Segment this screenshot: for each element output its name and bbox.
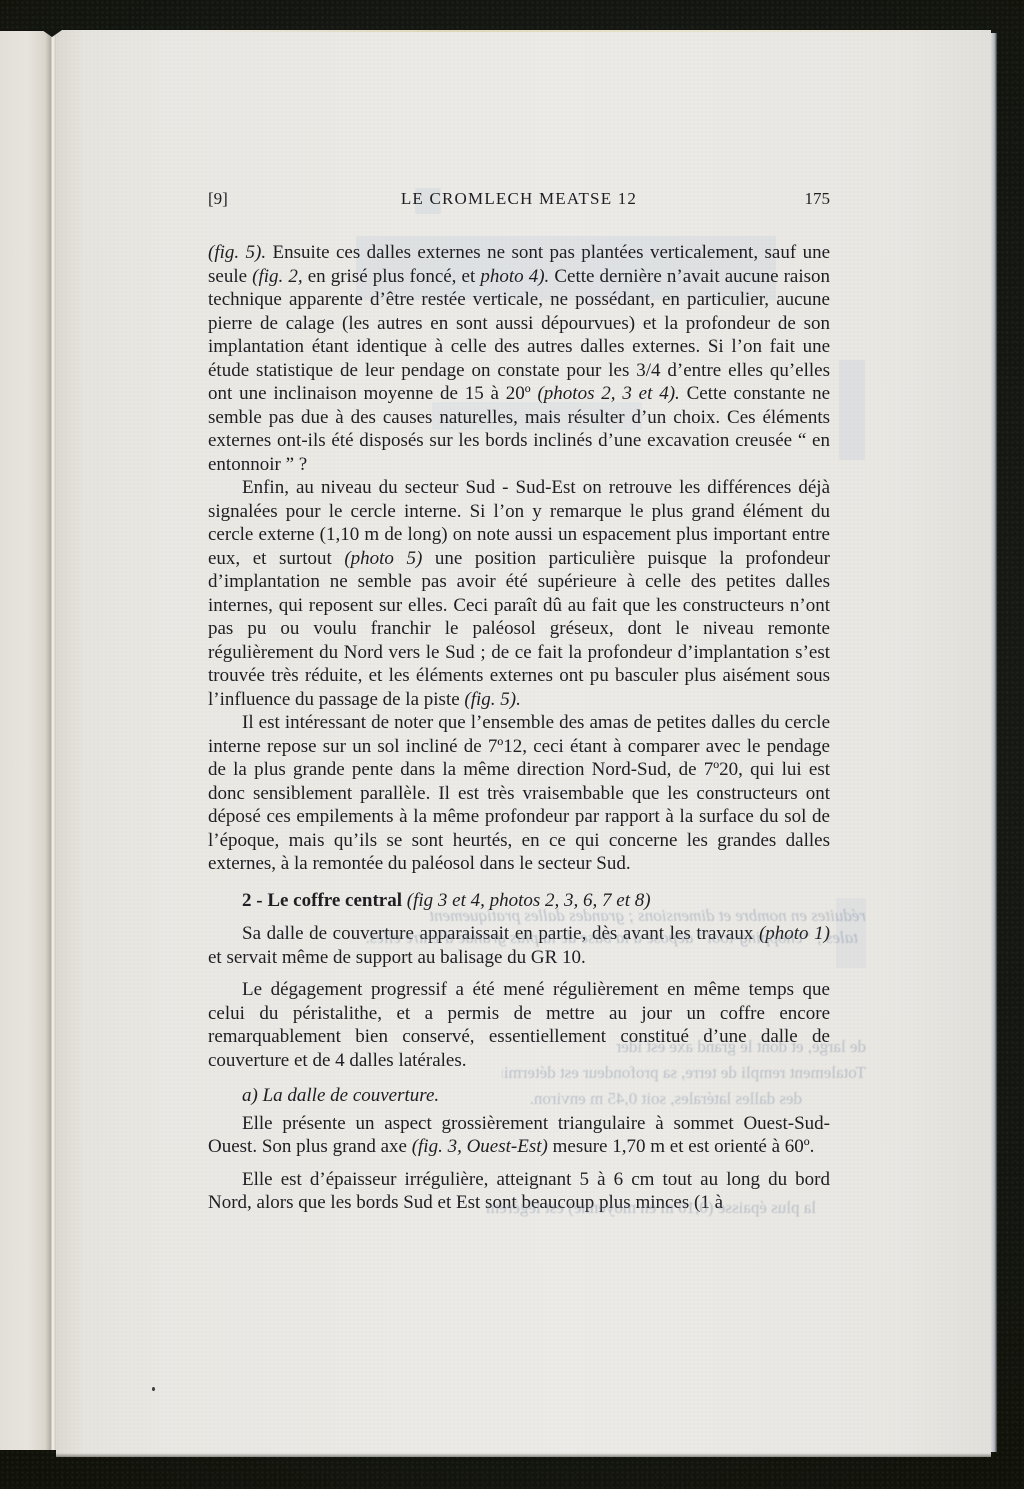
page-fore-edge [991, 33, 997, 1452]
margin-reference: [9] [208, 189, 228, 209]
section-heading: a) La dalle de couverture. [208, 1084, 830, 1108]
running-title: LE CROMLECH MEATSE 12 [208, 189, 830, 209]
text-run: en grisé plus foncé, et [303, 266, 481, 287]
body-text: (fig. 5). Ensuite ces dalles externes ne… [208, 241, 830, 1215]
text-run: Le dégagement progressif a été mené régu… [208, 979, 830, 1071]
paragraph: Il est intéressant de noter que l’ensemb… [208, 711, 830, 876]
text-run: (fig. 5). [208, 242, 266, 263]
paragraph: (fig. 5). Ensuite ces dalles externes ne… [208, 241, 830, 476]
text-run: une position particulière puisque la pro… [208, 548, 830, 710]
text-run: (photos 2, 3 et 4). [537, 383, 679, 404]
page-number: 175 [805, 189, 831, 209]
paragraph: Le dégagement progressif a été mené régu… [208, 978, 830, 1072]
text-run: photo 4). [480, 266, 549, 287]
paragraph: Enfin, au niveau du secteur Sud - Sud-Es… [208, 476, 830, 711]
paper-speck [152, 1387, 155, 1391]
text-run: et servait même de support au balisage d… [208, 947, 586, 968]
section-heading: 2 - Le coffre central (fig 3 et 4, photo… [208, 889, 830, 913]
text-run: Il est intéressant de noter que l’ensemb… [208, 712, 830, 874]
text-run: Elle est d’épaisseur irrégulière, atteig… [208, 1169, 830, 1214]
text-run: a) La dalle de couverture. [242, 1085, 439, 1106]
paragraph: Sa dalle de couverture apparaissait en p… [208, 922, 830, 969]
text-run: (fig. 5). [464, 689, 520, 710]
paragraph: Elle présente un aspect grossièrement tr… [208, 1112, 830, 1159]
text-run: mesure 1,70 m et est orienté à 60º. [548, 1136, 815, 1157]
left-page-edge [0, 31, 50, 1450]
text-run: 2 - Le coffre central [242, 890, 407, 911]
text-run: (photo 5) [344, 548, 422, 569]
page-header: [9] LE CROMLECH MEATSE 12 175 [208, 189, 830, 211]
scan-artifact [839, 360, 865, 460]
scan-artifact [836, 898, 866, 968]
book-page: [9] LE CROMLECH MEATSE 12 175 (fig. 5). … [56, 30, 991, 1457]
text-run: (fig. 3, Ouest-Est) [412, 1136, 548, 1157]
text-run: (fig. 2, [252, 266, 302, 287]
scan-background: [9] LE CROMLECH MEATSE 12 175 (fig. 5). … [0, 0, 1024, 1489]
text-run: Sa dalle de couverture apparaissait en p… [242, 923, 759, 944]
paragraph: Elle est d’épaisseur irrégulière, atteig… [208, 1168, 830, 1215]
gutter-notch [42, 30, 62, 37]
text-run: (fig 3 et 4, photos 2, 3, 6, 7 et 8) [407, 890, 651, 911]
text-run: (photo 1) [759, 923, 830, 944]
